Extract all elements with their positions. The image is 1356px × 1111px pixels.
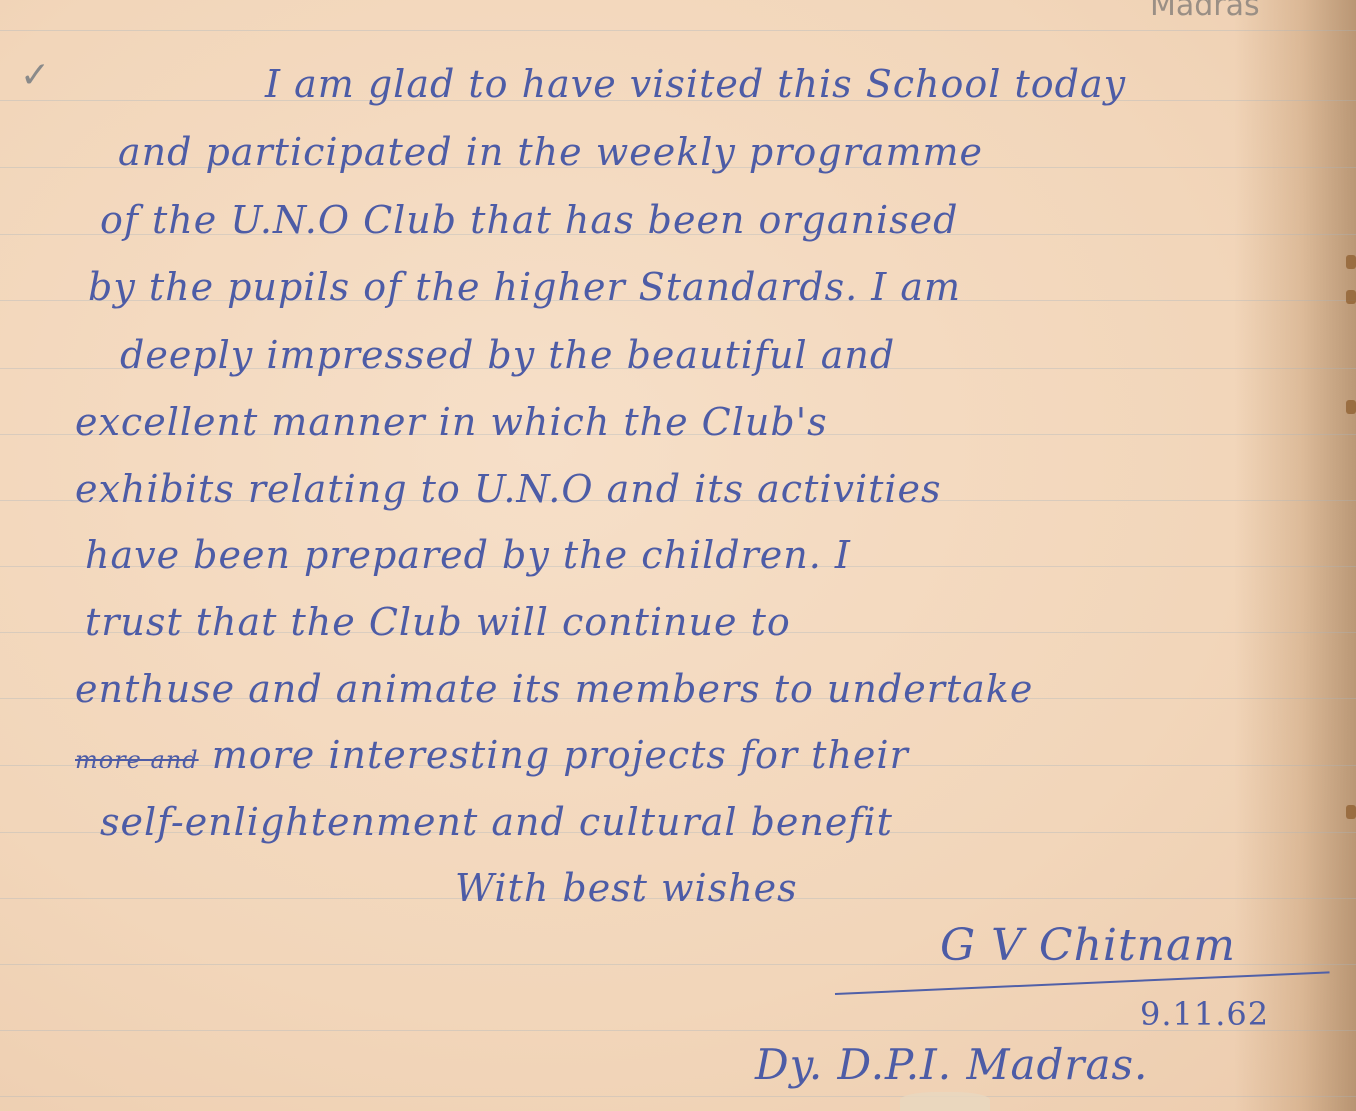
binding-mark [1346,290,1356,304]
ruled-line [0,30,1356,31]
struck-text: more and [75,746,199,774]
body-line-11-text: more interesting projects for their [212,733,909,777]
body-line-12: self-enlightenment and cultural benefit [100,800,893,844]
body-line-6: excellent manner in which the Club's [75,400,828,444]
body-line-10: enthuse and animate its members to under… [75,667,1033,711]
body-line-7: exhibits relating to U.N.O and its activ… [75,467,942,511]
signature: G V Chitnam [940,920,1236,971]
binding-mark [1346,805,1356,819]
binding-mark [1346,255,1356,269]
checkmark-icon: ✓ [20,55,50,96]
date: 9.11.62 [1140,995,1269,1033]
ruled-line [0,1096,1356,1097]
body-line-4: by the pupils of the higher Standards. I… [88,265,961,309]
body-line-2: and participated in the weekly programme [118,130,983,174]
torn-edge [900,1092,990,1111]
binding-mark [1346,400,1356,414]
body-line-11: more and more interesting projects for t… [75,733,909,777]
pencil-note: Madras [1150,0,1260,23]
designation: Dy. D.P.I. Madras. [755,1040,1148,1089]
body-line-8: have been prepared by the children. I [85,533,851,577]
body-line-9: trust that the Club will continue to [85,600,791,644]
closing-line: With best wishes [455,866,798,910]
body-line-5: deeply impressed by the beautiful and [120,333,895,377]
body-line-1: I am glad to have visited this School to… [265,62,1126,106]
body-line-3: of the U.N.O Club that has been organise… [100,198,958,242]
